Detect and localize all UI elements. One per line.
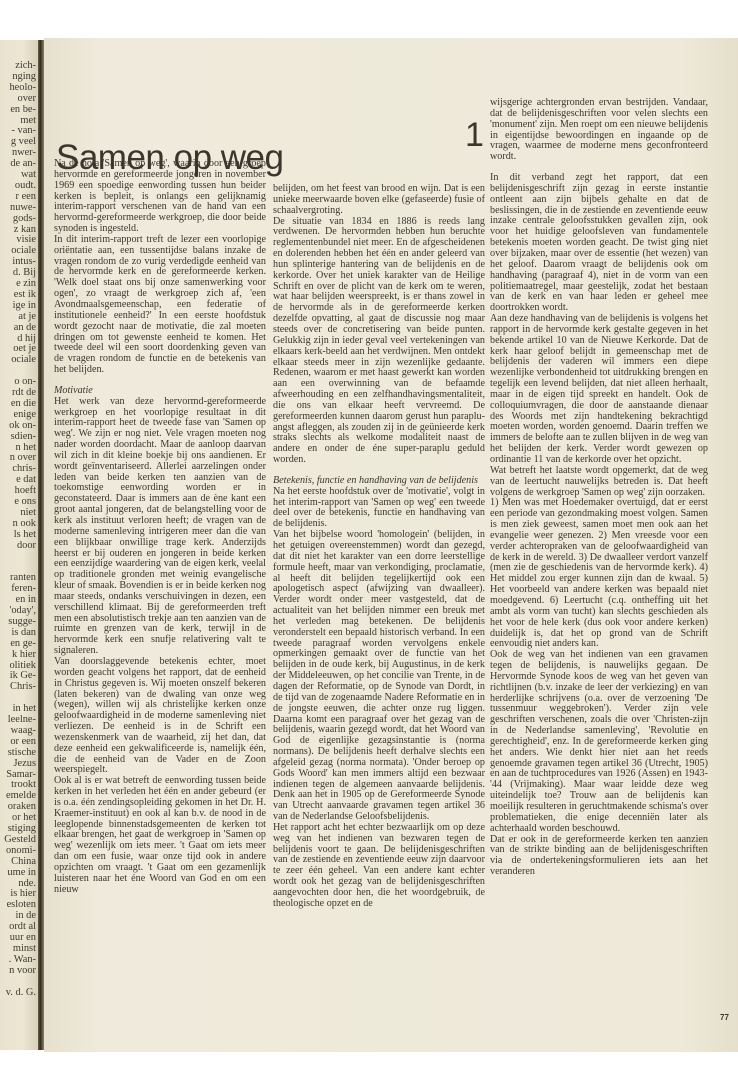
previous-page-fragment: r een (0, 191, 36, 202)
previous-page-fragment: de an- (0, 158, 36, 169)
previous-page-fragment: . Wan- (0, 954, 36, 965)
previous-page-fragment: est ik (0, 289, 36, 300)
previous-page-fragment: Gesteld (0, 834, 36, 845)
previous-page-fragment: minst (0, 943, 36, 954)
previous-page-fragment: gods- (0, 213, 36, 224)
previous-page-fragment: ranten (0, 572, 36, 583)
paragraph: Ook de weg van het indienen van een grav… (490, 650, 708, 834)
paragraph: Aan deze handhaving van de belijdenis is… (490, 314, 708, 466)
paragraph: wijsgerige achtergronden ervan bestrijde… (490, 98, 708, 163)
page-number: 77 (720, 1013, 729, 1022)
previous-page-fragment: oudt. (0, 180, 36, 191)
previous-page-fragment: or het (0, 812, 36, 823)
previous-page-fragment: onomi- (0, 845, 36, 856)
previous-page-fragment: ordt al (0, 921, 36, 932)
paragraph: Na het eerste hoofdstuk over de 'motivat… (273, 487, 485, 530)
previous-page-fragment: k hier (0, 649, 36, 660)
previous-page-fragment: e ons (0, 496, 36, 507)
previous-page-fragment: esloten (0, 899, 36, 910)
previous-page-fragment: feren- (0, 583, 36, 594)
previous-page-fragment: ls het (0, 529, 36, 540)
paragraph: Na de nota 'Samen op weg', waarin door e… (54, 159, 266, 235)
previous-page-fragment: ume in (0, 867, 36, 878)
previous-page-fragment: rdt de (0, 387, 36, 398)
previous-page-fragment: China (0, 856, 36, 867)
paragraph: In dit verband zegt het rapport, dat een… (490, 173, 708, 314)
previous-page-fragment: door (0, 540, 36, 551)
previous-page-fragment: n ook (0, 518, 36, 529)
previous-page-fragment: en die (0, 398, 36, 409)
previous-page-fragment: sugge- (0, 616, 36, 627)
previous-page-fragment: or een (0, 736, 36, 747)
previous-page-fragment: is hier (0, 888, 36, 899)
previous-page-fragment: wat (0, 169, 36, 180)
paragraph: Van doorslaggevende betekenis echter, mo… (54, 657, 266, 776)
previous-page-fragment: nde. (0, 878, 36, 889)
previous-page-fragment: over (0, 93, 36, 104)
previous-page-fragment: in de (0, 910, 36, 921)
previous-page-fragment: hoeft (0, 485, 36, 496)
previous-page-fragment: sdien- (0, 431, 36, 442)
previous-page-fragment: e dat (0, 474, 36, 485)
previous-page-fragment: n over (0, 452, 36, 463)
text-column-1: Na de nota 'Samen op weg', waarin door e… (54, 159, 266, 896)
previous-page-fragment: oraken (0, 801, 36, 812)
previous-page-fragment: en be- (0, 104, 36, 115)
paragraph: belijden, om het feest van brood en wijn… (273, 184, 485, 217)
previous-page-fragment: emelde (0, 790, 36, 801)
previous-page-fragment: Jezus (0, 758, 36, 769)
previous-page-fragment: e zin (0, 278, 36, 289)
paragraph: In dit interim-rapport treft de lezer ee… (54, 235, 266, 376)
previous-page-fragment: Chris- (0, 681, 36, 692)
previous-page-fragment: zich- (0, 60, 36, 71)
previous-page-fragment: en in (0, 594, 36, 605)
previous-page-fragment: ige in (0, 300, 36, 311)
previous-page-fragment: trookt (0, 779, 36, 790)
previous-page-fragment: ociale (0, 245, 36, 256)
previous-page-fragment: in het (0, 703, 36, 714)
magazine-page: Samen op weg 1 Na de nota 'Samen op weg'… (44, 38, 738, 1052)
previous-page-fragment: ik Ge- (0, 670, 36, 681)
previous-page-fragment: niet (0, 507, 36, 518)
previous-page-fragment: n voor (0, 965, 36, 976)
previous-page-fragment: chris- (0, 463, 36, 474)
previous-page-fragment: nging (0, 71, 36, 82)
previous-page-fragment: is dan (0, 627, 36, 638)
previous-page-fragment: oet je (0, 343, 36, 354)
paragraph: Wat betreft het laatste wordt opgemerkt,… (490, 466, 708, 499)
previous-page-fragment: waag- (0, 725, 36, 736)
paragraph: Van het bijbelse woord 'homologein' (bel… (273, 530, 485, 823)
previous-page-fragment: 'oday', (0, 605, 36, 616)
previous-page-fragment: z kan (0, 224, 36, 235)
previous-page-fragment: o on- (0, 376, 36, 387)
previous-page-fragment: visie (0, 234, 36, 245)
part-number: 1 (465, 115, 484, 155)
previous-page-fragment: g veel (0, 136, 36, 147)
paragraph: 1) Men was met Hoedemaker overtuigd, dat… (490, 498, 708, 650)
previous-page-fragment: n het (0, 442, 36, 453)
previous-page-fragment: nwer- (0, 147, 36, 158)
previous-page-fragment: enige (0, 409, 36, 420)
previous-page-fragment: nuwe- (0, 202, 36, 213)
previous-page-fragment: uur en (0, 932, 36, 943)
paragraph: Het werk van deze hervormd-gereformeerde… (54, 397, 266, 657)
text-column-3: wijsgerige achtergronden ervan bestrijde… (490, 98, 708, 878)
paragraph: Dat er ook in de gereformeerde kerken te… (490, 835, 708, 878)
paragraph: Het rapport acht het echter bezwaarlijk … (273, 823, 485, 910)
previous-page-fragment: en ge- (0, 638, 36, 649)
previous-page-fragment: olitiek (0, 660, 36, 671)
text-column-2: belijden, om het feest van brood en wijn… (273, 184, 485, 910)
previous-page-fragment: at je (0, 311, 36, 322)
previous-page-fragment: ociale (0, 354, 36, 365)
previous-page-fragment: intus- (0, 256, 36, 267)
previous-page-fragment: Samar- (0, 769, 36, 780)
previous-page-fragment: - van- (0, 125, 36, 136)
previous-page-fragment: heolo- (0, 82, 36, 93)
previous-page-fragment: d hij (0, 333, 36, 344)
previous-page-fragment: ok on- (0, 420, 36, 431)
previous-page-fragment: stische (0, 747, 36, 758)
previous-page-fragment: met (0, 115, 36, 126)
previous-page-fragment: an de (0, 322, 36, 333)
previous-page-fragment: stiging (0, 823, 36, 834)
previous-page-fragment: v. d. G. (0, 987, 36, 998)
previous-page-fragment: d. Bij (0, 267, 36, 278)
previous-page-fragment: leelne- (0, 714, 36, 725)
paragraph: De situatie van 1834 en 1886 is reeds la… (273, 217, 485, 466)
previous-page-edge: zich-ngingheolo-overen be-met- van-g vee… (0, 40, 38, 1050)
paragraph: Ook al is er wat betreft de eenwording t… (54, 776, 266, 895)
